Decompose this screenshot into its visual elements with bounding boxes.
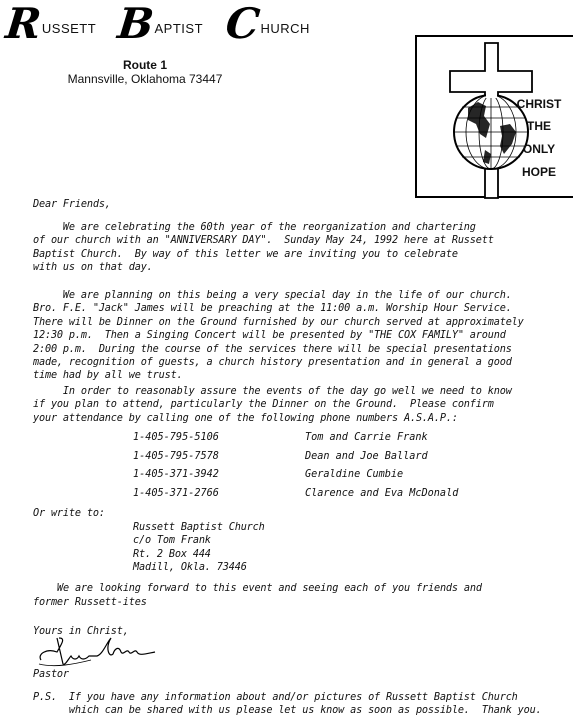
- logo-text-hope: HOPE: [510, 165, 568, 179]
- logo-text-only: ONLY: [510, 142, 568, 156]
- paragraph-closing-line-1: We are looking forward to this event and…: [57, 582, 482, 595]
- contact-row: 1-405-795-5106 Tom and Carrie Frank: [133, 432, 458, 451]
- logo-text-christ: CHRIST: [510, 97, 568, 111]
- contact-row: 1-405-795-7578 Dean and Joe Ballard: [133, 451, 458, 470]
- contact-name: Dean and Joe Ballard: [305, 451, 428, 470]
- contact-name: Geraldine Cumbie: [305, 469, 403, 488]
- contact-name: Clarence and Eva McDonald: [305, 488, 458, 507]
- contact-phone: 1-405-795-5106: [133, 432, 305, 451]
- paragraph-anniversary: We are celebrating the 60th year of the …: [33, 221, 494, 275]
- contact-phone: 1-405-371-3942: [133, 469, 305, 488]
- paragraph-closing-line-2: former Russett-ites: [33, 596, 147, 609]
- signature: Tom Frank: [35, 634, 175, 668]
- salutation: Dear Friends,: [33, 198, 111, 211]
- contact-phone: 1-405-795-7578: [133, 451, 305, 470]
- contact-name: Tom and Carrie Frank: [305, 432, 428, 451]
- contact-row: 1-405-371-3942 Geraldine Cumbie: [133, 469, 458, 488]
- contact-phone: 1-405-371-2766: [133, 488, 305, 507]
- paragraph-schedule: We are planning on this being a very spe…: [33, 289, 524, 383]
- write-intro: Or write to:: [33, 507, 105, 520]
- paragraph-rsvp: In order to reasonably assure the events…: [33, 385, 512, 425]
- postscript: P.S. If you have any information about a…: [33, 691, 542, 718]
- logo-text-the: THE: [510, 119, 568, 133]
- cross-globe-icon: [0, 0, 576, 220]
- contact-list: 1-405-795-5106 Tom and Carrie Frank 1-40…: [133, 432, 458, 506]
- signer-title: Pastor: [33, 668, 69, 681]
- contact-row: 1-405-371-2766 Clarence and Eva McDonald: [133, 488, 458, 507]
- mailing-address: Russett Baptist Church c/o Tom Frank Rt.…: [133, 521, 265, 575]
